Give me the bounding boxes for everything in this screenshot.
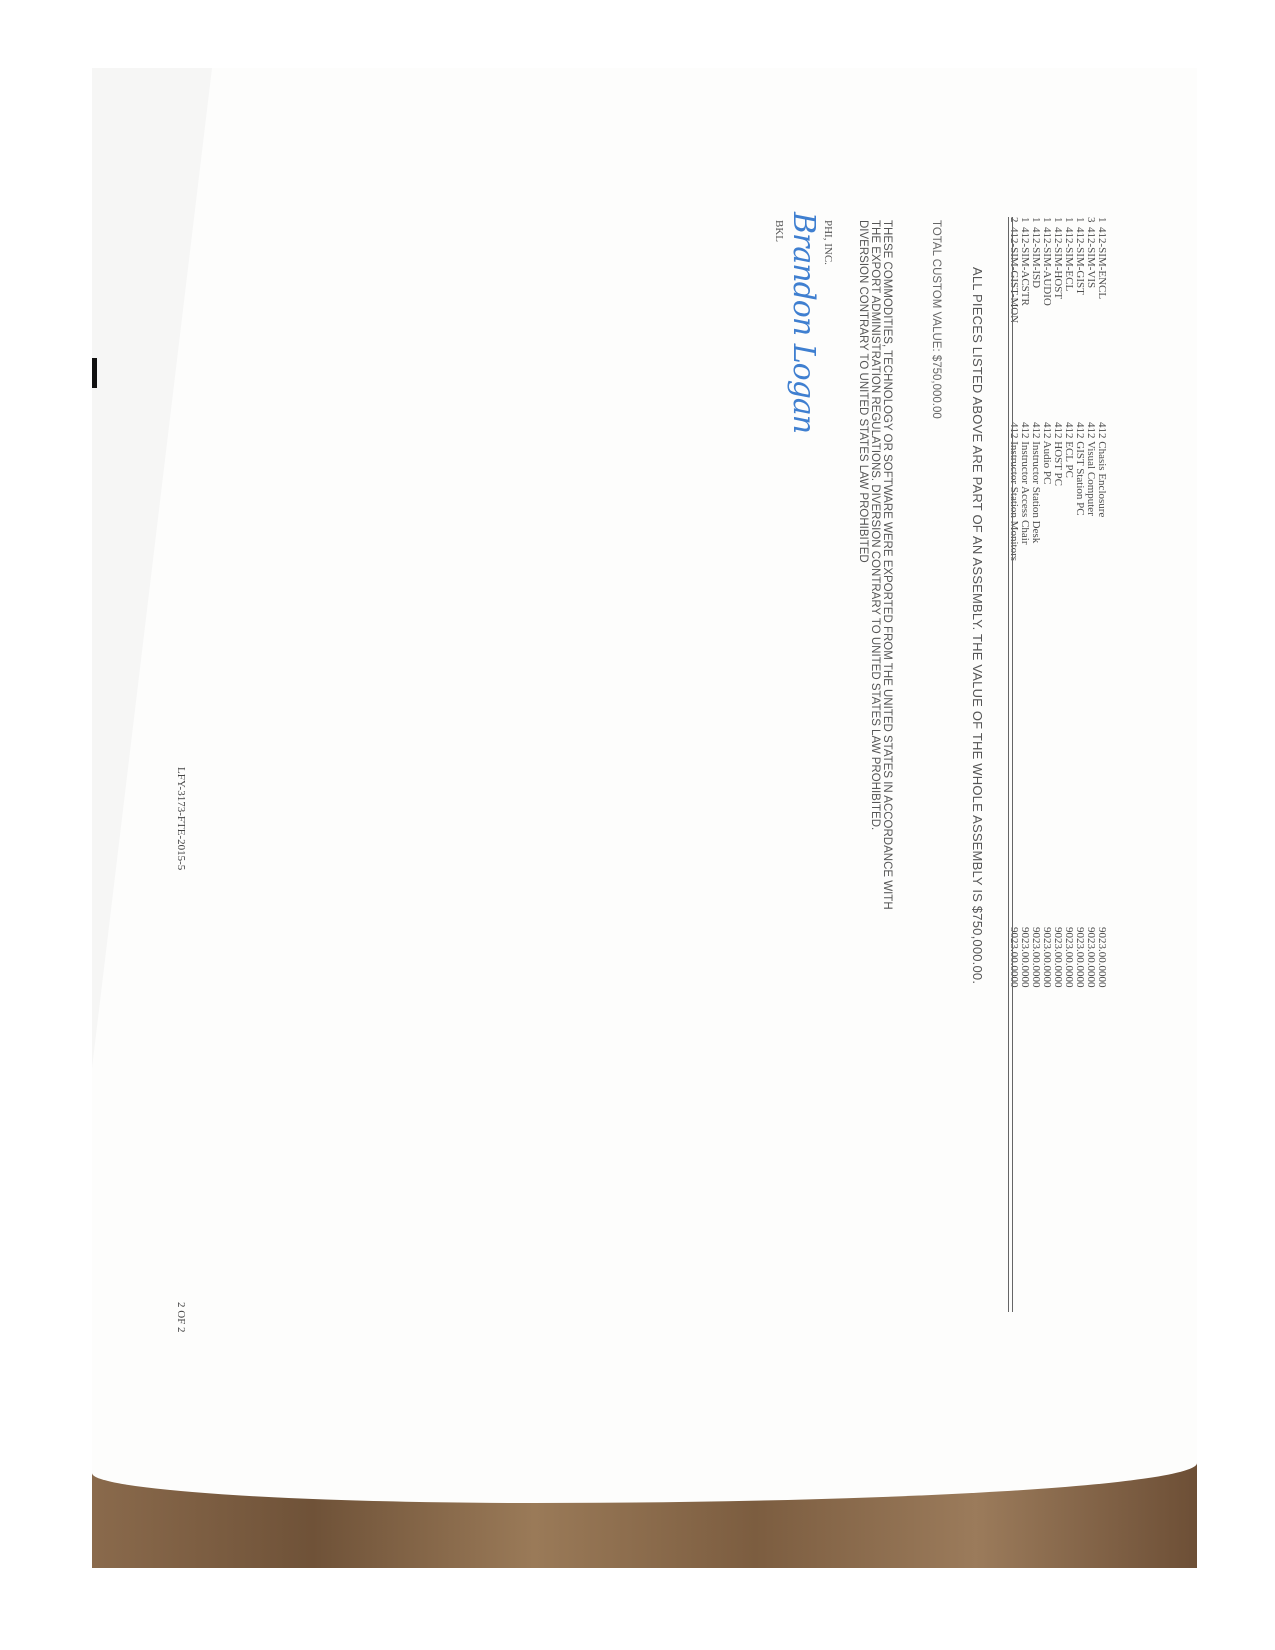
item-part: 412-SIM-ECL bbox=[1063, 227, 1074, 422]
total-custom-value: TOTAL CUSTOM VALUE: $750,000.00 bbox=[930, 220, 942, 419]
item-hts: 9023.00.0000 bbox=[1096, 927, 1107, 988]
table-row: 1412-SIM-HOST412 HOST PC9023.00.0000 bbox=[1052, 217, 1063, 988]
item-part: 412-SIM-HOST bbox=[1052, 227, 1063, 422]
item-part: 412-SIM-ENCL bbox=[1096, 227, 1107, 422]
item-part: 412-SIM-ISD bbox=[1030, 227, 1041, 422]
item-desc: 412 Chasis Enclosure bbox=[1096, 422, 1107, 927]
table-row: 3412-SIM-VIS412 Visual Computer9023.00.0… bbox=[1085, 217, 1096, 988]
item-desc: 412 Instructor Access Chair bbox=[1019, 422, 1030, 927]
rotated-document-content: 1412-SIM-ENCL412 Chasis Enclosure9023.00… bbox=[117, 172, 1117, 1372]
table-row: 1412-SIM-ACSTR412 Instructor Access Chai… bbox=[1019, 217, 1030, 988]
export-line-3: DIVERSION CONTRARY TO UNITED STATES LAW … bbox=[857, 220, 869, 910]
document-reference: LFY-3173-FTE-2015-5 bbox=[175, 767, 187, 870]
table-row: 1412-SIM-ECL412 ECL PC9023.00.0000 bbox=[1063, 217, 1074, 988]
item-desc: 412 GIST Station PC bbox=[1074, 422, 1085, 927]
item-desc: 412 HOST PC bbox=[1052, 422, 1063, 927]
item-part: 412-SIM-AUDIO bbox=[1041, 227, 1052, 422]
item-hts: 9023.00.0000 bbox=[1030, 927, 1041, 988]
items-table: 1412-SIM-ENCL412 Chasis Enclosure9023.00… bbox=[1008, 217, 1107, 988]
table-row: 1412-SIM-GIST412 GIST Station PC9023.00.… bbox=[1074, 217, 1085, 988]
item-qty: 1 bbox=[1019, 217, 1030, 227]
table-row: 1412-SIM-AUDIO412 Audio PC9023.00.0000 bbox=[1041, 217, 1052, 988]
item-desc: 412 ECL PC bbox=[1063, 422, 1074, 927]
edge-mark bbox=[92, 358, 97, 388]
item-hts: 9023.00.0000 bbox=[1074, 927, 1085, 988]
signature: Brandon Logan bbox=[786, 212, 821, 433]
item-desc: 412 Visual Computer bbox=[1085, 422, 1096, 927]
assembly-note: ALL PIECES LISTED ABOVE ARE PART OF AN A… bbox=[970, 267, 985, 984]
export-line-1: THESE COMMODITIES, TECHNOLOGY OR SOFTWAR… bbox=[881, 220, 893, 910]
item-qty: 1 bbox=[1052, 217, 1063, 227]
item-qty: 1 bbox=[1030, 217, 1041, 227]
table-double-rule bbox=[1008, 217, 1013, 1312]
item-qty: 1 bbox=[1041, 217, 1052, 227]
item-hts: 9023.00.0000 bbox=[1019, 927, 1030, 988]
table-row: 1412-SIM-ENCL412 Chasis Enclosure9023.00… bbox=[1096, 217, 1107, 988]
item-hts: 9023.00.0000 bbox=[1063, 927, 1074, 988]
item-desc: 412 Instructor Station Desk bbox=[1030, 422, 1041, 927]
item-hts: 9023.00.0000 bbox=[1052, 927, 1063, 988]
table-row: 1412-SIM-ISD412 Instructor Station Desk9… bbox=[1030, 217, 1041, 988]
item-hts: 9023.00.0000 bbox=[1085, 927, 1096, 988]
company-name: PHI, INC. bbox=[822, 220, 834, 265]
export-line-2: THE EXPORT ADMINISTRATION REGULATIONS. D… bbox=[869, 220, 881, 910]
item-qty: 1 bbox=[1096, 217, 1107, 227]
item-qty: 1 bbox=[1063, 217, 1074, 227]
item-part: 412-SIM-GIST bbox=[1074, 227, 1085, 422]
item-desc: 412 Audio PC bbox=[1041, 422, 1052, 927]
item-qty: 3 bbox=[1085, 217, 1096, 227]
item-part: 412-SIM-VIS bbox=[1085, 227, 1096, 422]
export-statement: THESE COMMODITIES, TECHNOLOGY OR SOFTWAR… bbox=[857, 220, 893, 910]
initials: BKL bbox=[773, 220, 785, 242]
item-part: 412-SIM-ACSTR bbox=[1019, 227, 1030, 422]
page-indicator: 2 OF 2 bbox=[175, 1302, 187, 1333]
item-qty: 1 bbox=[1074, 217, 1085, 227]
item-hts: 9023.00.0000 bbox=[1041, 927, 1052, 988]
